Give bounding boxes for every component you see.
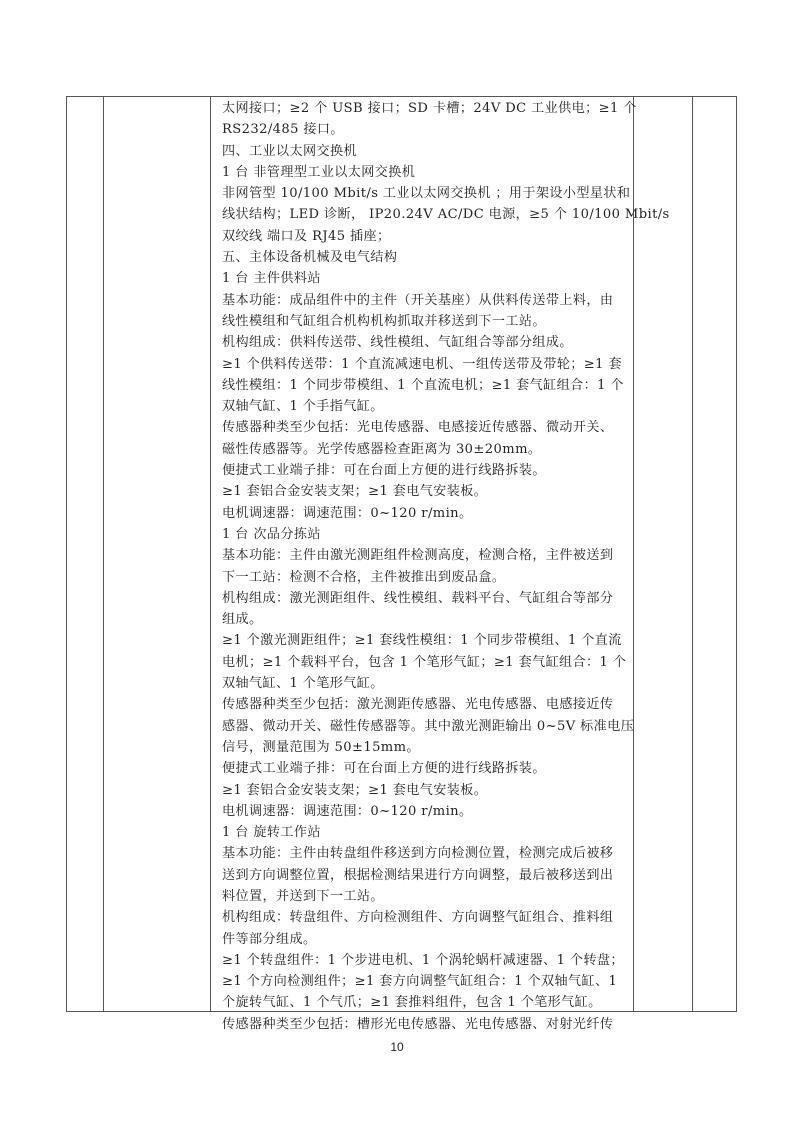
- spec-line: 双轴气缸、1 个手指气缸。: [222, 396, 634, 417]
- spec-line: ≥1 套铝合金安装支架；≥1 套电气安装板。: [222, 481, 634, 502]
- spec-line: 磁性传感器等。光学传感器检查距离为 30±20mm。: [222, 439, 634, 460]
- spec-line: 非网管型 10/100 Mbit/s 工业以太网交换机 ；用于架设小型星状和: [222, 183, 634, 204]
- spec-line: 电机调速器：调速范围：0~120 r/min。: [222, 801, 634, 822]
- spec-line: 线性模组：1 个同步带模组、1 个直流电机；≥1 套气缸组合：1 个: [222, 375, 634, 396]
- spec-line: 1 台 主件供料站: [222, 268, 634, 289]
- spec-line: 送到方向调整位置，根据检测结果进行方向调整，最后被移送到出: [222, 865, 634, 886]
- spec-line: 传感器种类至少包括：激光测距传感器、光电传感器、电感接近传: [222, 694, 634, 715]
- column-divider: [210, 97, 211, 1011]
- spec-line: ≥1 个激光测距组件；≥1 套线性模组：1 个同步带模组、1 个直流: [222, 630, 634, 651]
- spec-line: 下一工站：检测不合格，主件被推出到废品盒。: [222, 567, 634, 588]
- spec-line: 双轴气缸、1 个笔形气缸。: [222, 673, 634, 694]
- spec-line: 感器、微动开关、磁性传感器等。其中激光测距输出 0~5V 标准电压: [222, 716, 634, 737]
- spec-line: 四、工业以太网交换机: [222, 141, 634, 162]
- spec-line: ≥1 个供料传送带：1 个直流减速电机、一组传送带及带轮；≥1 套: [222, 354, 634, 375]
- spec-content-cell: 太网接口；≥2 个 USB 接口；SD 卡槽；24V DC 工业供电；≥1 个R…: [216, 97, 634, 1035]
- page-number: 10: [0, 1040, 794, 1054]
- spec-line: 五、主体设备机械及电气结构: [222, 247, 634, 268]
- spec-table: 太网接口；≥2 个 USB 接口；SD 卡槽；24V DC 工业供电；≥1 个R…: [66, 96, 737, 1012]
- spec-line: 双绞线 端口及 RJ45 插座；: [222, 226, 634, 247]
- spec-line: 机构组成：激光测距组件、线性模组、载料平台、气缸组合等部分: [222, 588, 634, 609]
- spec-line: 1 台 旋转工作站: [222, 822, 634, 843]
- spec-line: 基本功能：主件由激光测距组件检测高度，检测合格，主件被送到: [222, 545, 634, 566]
- spec-line: 电机调速器：调速范围：0~120 r/min。: [222, 503, 634, 524]
- spec-line: 件等部分组成。: [222, 929, 634, 950]
- column-divider: [692, 97, 693, 1011]
- spec-line: 基本功能：主件由转盘组件移送到方向检测位置，检测完成后被移: [222, 843, 634, 864]
- spec-line: 便捷式工业端子排：可在台面上方便的进行线路拆装。: [222, 460, 634, 481]
- spec-line: 传感器种类至少包括：光电传感器、电感接近传感器、微动开关、: [222, 417, 634, 438]
- spec-line: 1 台 非管理型工业以太网交换机: [222, 162, 634, 183]
- spec-line: 1 台 次品分拣站: [222, 524, 634, 545]
- column-divider: [103, 97, 104, 1011]
- spec-line: 机构组成：转盘组件、方向检测组件、方向调整气缸组合、推料组: [222, 907, 634, 928]
- spec-line: 传感器种类至少包括：槽形光电传感器、光电传感器、对射光纤传: [222, 1014, 634, 1035]
- spec-line: 线性模组和气缸组合机构机构抓取并移送到下一工站。: [222, 311, 634, 332]
- spec-line: ≥1 套铝合金安装支架；≥1 套电气安装板。: [222, 780, 634, 801]
- spec-line: ≥1 个转盘组件：1 个步进电机、1 个涡轮蜗杆减速器、1 个转盘；: [222, 950, 634, 971]
- spec-line: 电机；≥1 个载料平台，包含 1 个笔形气缸；≥1 套气缸组合：1 个: [222, 652, 634, 673]
- spec-line: 个旋转气缸、1 个气爪；≥1 套推料组件，包含 1 个笔形气缸。: [222, 992, 634, 1013]
- spec-line: 信号，测量范围为 50±15mm。: [222, 737, 634, 758]
- spec-line: 便捷式工业端子排：可在台面上方便的进行线路拆装。: [222, 758, 634, 779]
- spec-line: 太网接口；≥2 个 USB 接口；SD 卡槽；24V DC 工业供电；≥1 个: [222, 98, 634, 119]
- spec-line: ≥1 个方向检测组件；≥1 套方向调整气缸组合：1 个双轴气缸、1: [222, 971, 634, 992]
- spec-line: 基本功能：成品组件中的主件（开关基座）从供料传送带上料，由: [222, 290, 634, 311]
- spec-line: 线状结构；LED 诊断， IP20.24V AC/DC 电源，≥5 个 10/1…: [222, 204, 634, 225]
- spec-line: 料位置，并送到下一工站。: [222, 886, 634, 907]
- spec-line: RS232/485 接口。: [222, 119, 634, 140]
- spec-line: 组成。: [222, 609, 634, 630]
- spec-line: 机构组成：供料传送带、线性模组、气缸组合等部分组成。: [222, 332, 634, 353]
